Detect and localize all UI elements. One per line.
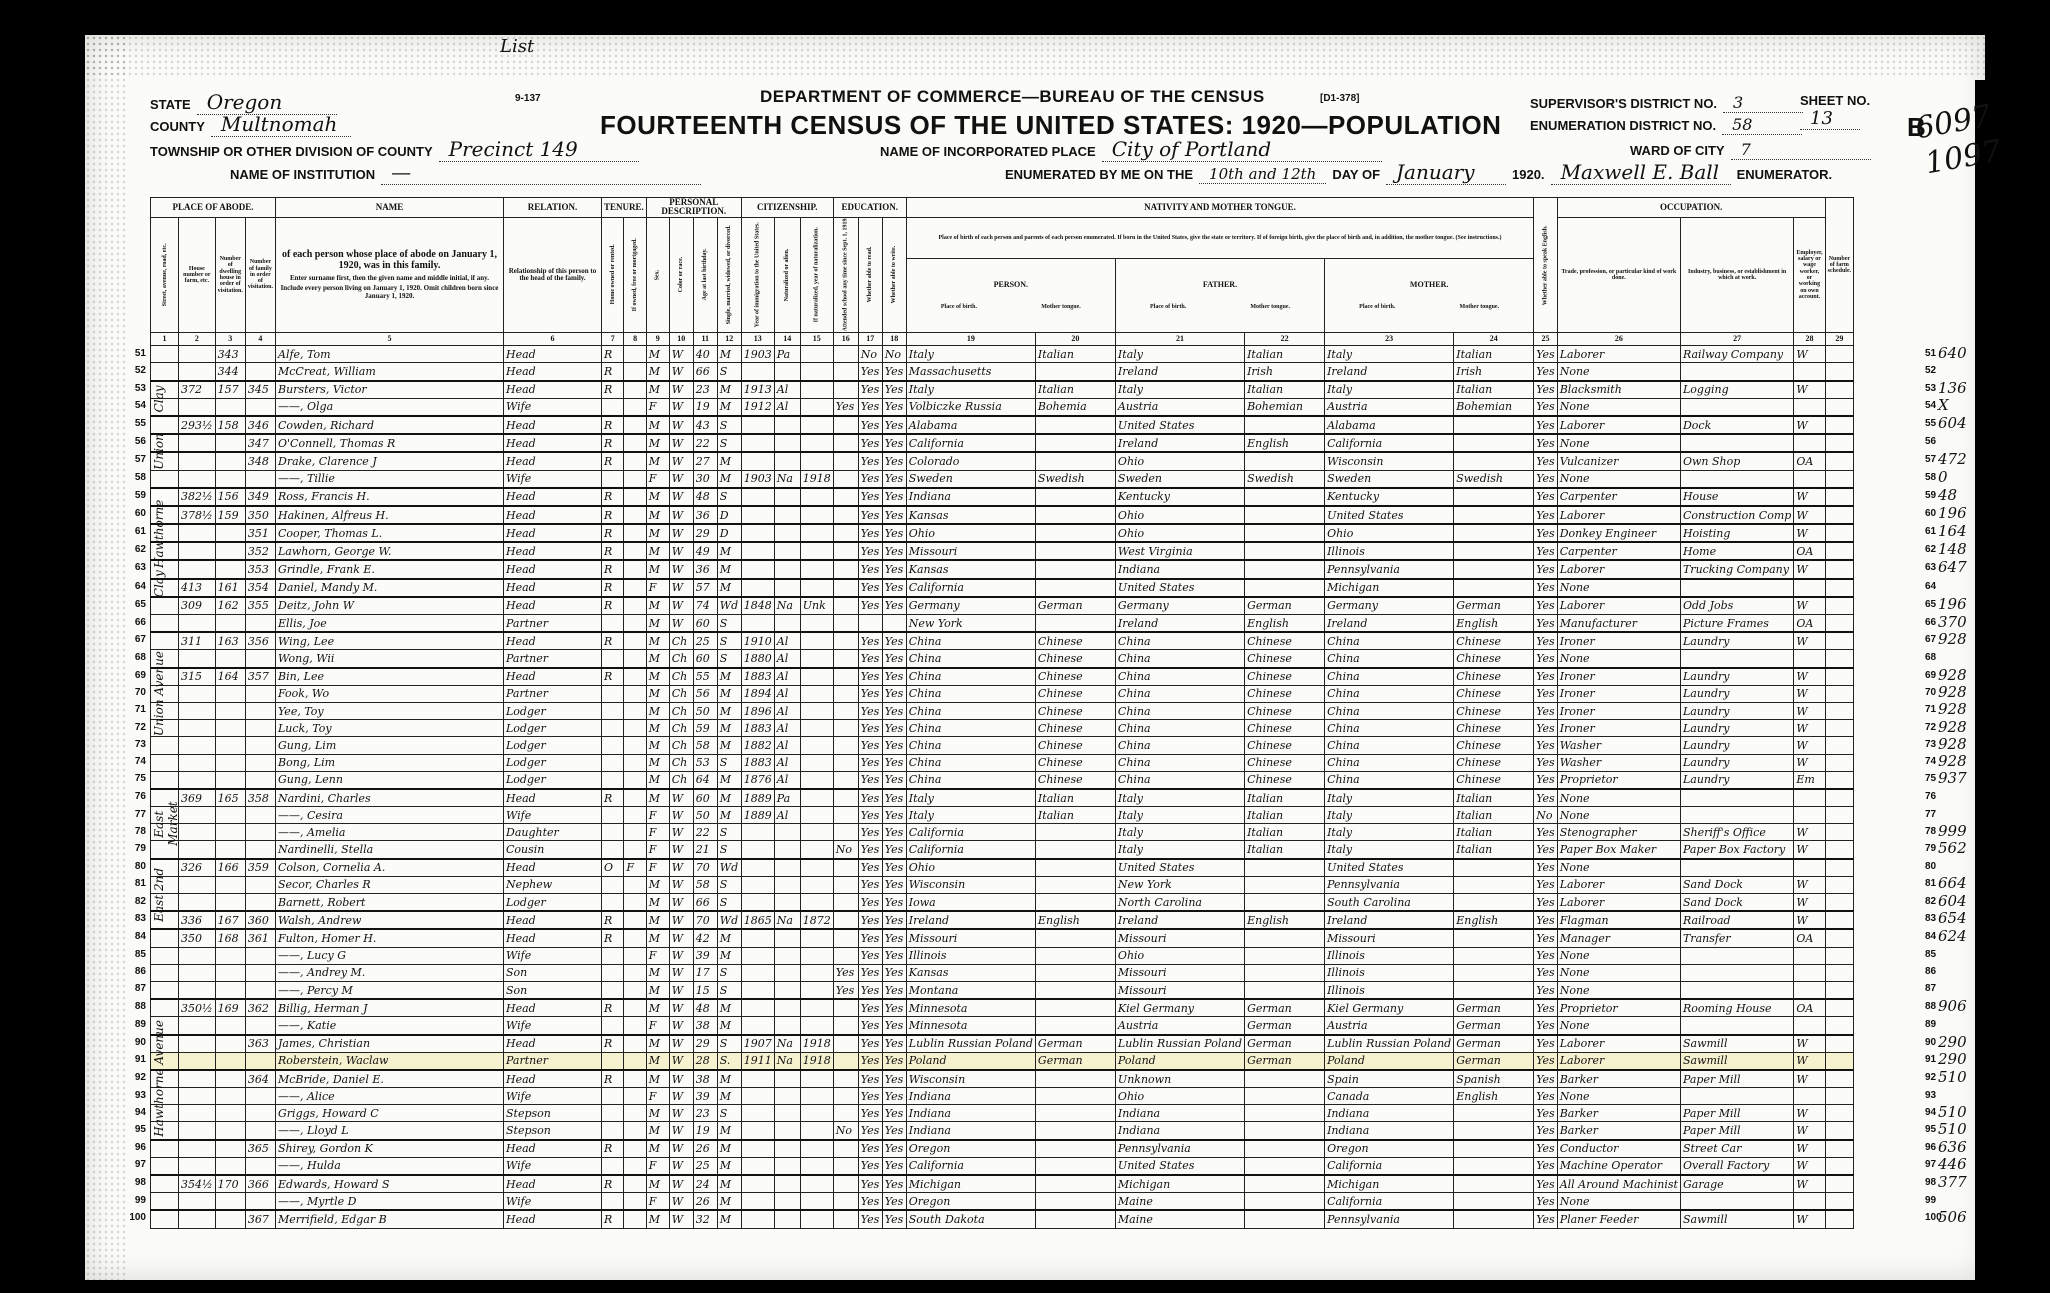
form-number: 9-137 (515, 93, 541, 104)
cell-eng: Yes (1534, 754, 1557, 771)
cell-family (245, 650, 275, 668)
cell-natyr (800, 964, 833, 981)
cell-relation: Head (504, 668, 602, 686)
cell-family: 350 (245, 506, 275, 524)
cell-relation: Nephew (504, 876, 602, 893)
line-number: 89 (118, 1019, 146, 1030)
cell-mt: Bohemia (1035, 398, 1115, 416)
cell-emp: W (1794, 894, 1825, 912)
cell-read: Yes (858, 1088, 882, 1105)
cell-school (833, 560, 858, 578)
cell-relation: Head (504, 542, 602, 560)
cell-farm (1825, 416, 1854, 434)
cell-age: 60 (693, 650, 717, 668)
cell-name: Deitz, John W (276, 597, 504, 615)
header-name-instr-1: Enter surname first, then the given name… (278, 275, 501, 282)
cell-eng: Yes (1534, 964, 1557, 981)
line-number: 66 (118, 617, 146, 628)
enumerated-days: 10th and 12th (1199, 165, 1326, 184)
cell-own: R (602, 524, 624, 542)
cell-house (179, 807, 216, 824)
cell-mortg (624, 346, 646, 363)
cell-natyr (800, 702, 833, 719)
cell-immig (741, 947, 774, 964)
cell-dwelling (215, 470, 245, 488)
cell-read: Yes (858, 771, 882, 789)
occupation-code: 446 (1938, 1155, 1967, 1173)
cell-read: Yes (858, 947, 882, 964)
cell-read: Yes (858, 1052, 882, 1070)
cell-pob: China (906, 685, 1035, 702)
cell-age: 48 (693, 488, 717, 506)
cell-name: Wong, Wii (276, 650, 504, 668)
cell-own: R (602, 929, 624, 947)
occupation-code: 0 (1938, 468, 1948, 486)
cell-pob: Kansas (906, 506, 1035, 524)
cell-mt (1035, 1122, 1115, 1140)
cell-mt: Chinese (1035, 754, 1115, 771)
cell-marital: M (717, 579, 741, 597)
cell-occ: None (1557, 807, 1680, 824)
cell-mpob: Italy (1325, 841, 1454, 859)
cell-marital: S (717, 841, 741, 859)
cell-read: Yes (858, 597, 882, 615)
cell-nat (774, 542, 800, 560)
cell-pob: Kansas (906, 560, 1035, 578)
cell-nat (774, 434, 800, 452)
table-row: 363James, ChristianHeadRMW29S1907Na1918Y… (151, 1035, 1854, 1053)
occupation-code: 136 (1938, 379, 1967, 397)
cell-farm (1825, 452, 1854, 470)
header-age: Age at last birthday. (693, 217, 717, 332)
cell-name: Wing, Lee (276, 632, 504, 650)
cell-own (602, 1157, 624, 1175)
cell-ind (1680, 470, 1793, 488)
cell-farm (1825, 1035, 1854, 1053)
cell-ind (1680, 947, 1793, 964)
cell-farm (1825, 1157, 1854, 1175)
person-pob-label: Place of birth. (941, 304, 977, 310)
cell-sex: M (646, 1140, 669, 1158)
cell-mmt: Irish (1454, 363, 1534, 381)
cell-fmt (1245, 1193, 1325, 1211)
cell-name: Bong, Lim (276, 754, 504, 771)
cell-mt (1035, 488, 1115, 506)
line-number: 69 (118, 670, 146, 681)
enumerator-name: Maxwell E. Ball (1551, 160, 1731, 185)
cell-name: Roberstein, Waclaw (276, 1052, 504, 1070)
cell-mmt (1454, 876, 1534, 893)
cell-write: Yes (882, 524, 906, 542)
table-row: 343Alfe, TomHeadRMW40M1903PaNoNoItalyIta… (151, 346, 1854, 363)
cell-immig (741, 560, 774, 578)
street-label: East 2nd (152, 859, 178, 930)
cell-mortg (624, 506, 646, 524)
cell-pob: China (906, 668, 1035, 686)
cell-pob: Indiana (906, 488, 1035, 506)
cell-relation: Partner (504, 685, 602, 702)
cell-eng: Yes (1534, 434, 1557, 452)
cell-mortg (624, 363, 646, 381)
cell-marital: M (717, 999, 741, 1017)
incorporated-place-label: NAME OF INCORPORATED PLACE (880, 144, 1096, 159)
cell-eng: Yes (1534, 615, 1557, 633)
cell-read: Yes (858, 876, 882, 893)
group-person: PERSON. Place of birth. Mother tongue. (906, 259, 1115, 333)
cell-own: R (602, 1070, 624, 1088)
cell-immig (741, 416, 774, 434)
cell-ind: Trucking Company (1680, 560, 1793, 578)
table-row: ——, KatieWifeFW38MYesYesMinnesotaAustria… (151, 1017, 1854, 1035)
right-line-number: 52 (1925, 365, 1936, 376)
cell-immig (741, 929, 774, 947)
column-number: 7 (602, 333, 624, 346)
cell-pob: Iowa (906, 894, 1035, 912)
cell-read: Yes (858, 929, 882, 947)
group-tenure: TENURE. (602, 198, 647, 218)
cell-ind: Laundry (1680, 702, 1793, 719)
ward-value: 7 (1731, 140, 1871, 160)
cell-mmt (1454, 859, 1534, 877)
cell-mmt (1454, 1210, 1534, 1228)
right-line-number: 94 (1925, 1107, 1936, 1118)
line-number: 74 (118, 756, 146, 767)
cell-relation: Head (504, 381, 602, 399)
cell-school (833, 929, 858, 947)
cell-immig (741, 824, 774, 841)
right-line-number: 69 (1925, 670, 1936, 681)
cell-sex: M (646, 650, 669, 668)
cell-family (245, 947, 275, 964)
cell-eng: Yes (1534, 542, 1557, 560)
column-number: 24 (1454, 333, 1534, 346)
cell-fmt: German (1245, 1017, 1325, 1035)
cell-mmt: German (1454, 597, 1534, 615)
line-number: 67 (118, 634, 146, 645)
cell-family: 358 (245, 789, 275, 807)
column-number: 26 (1557, 333, 1680, 346)
cell-own (602, 1193, 624, 1211)
cell-name: ——, Lucy G (276, 947, 504, 964)
cell-read: Yes (858, 524, 882, 542)
cell-nat: Al (774, 737, 800, 754)
cell-eng: Yes (1534, 524, 1557, 542)
mother-mt-label: Mother tongue. (1460, 304, 1500, 310)
cell-name: McCreat, William (276, 363, 504, 381)
cell-nat: Al (774, 807, 800, 824)
cell-natyr (800, 1070, 833, 1088)
cell-name: McBride, Daniel E. (276, 1070, 504, 1088)
cell-sex: M (646, 720, 669, 737)
cell-dwelling: 161 (215, 579, 245, 597)
cell-race: Ch (669, 685, 693, 702)
cell-pob: Wisconsin (906, 876, 1035, 893)
cell-farm (1825, 398, 1854, 416)
enumerator-label: ENUMERATOR. (1737, 167, 1833, 182)
cell-immig: 1889 (741, 789, 774, 807)
cell-fpob: Kentucky (1115, 488, 1244, 506)
cell-nat (774, 1140, 800, 1158)
occupation-code: 928 (1938, 630, 1967, 648)
column-number: 18 (882, 333, 906, 346)
right-line-number: 98 (1925, 1177, 1936, 1188)
cell-occ: Vulcanizer (1557, 452, 1680, 470)
cell-natyr (800, 1105, 833, 1122)
cell-fmt (1245, 1070, 1325, 1088)
cell-relation: Stepson (504, 1122, 602, 1140)
cell-house: 293½ (179, 416, 216, 434)
cell-marital: M (717, 737, 741, 754)
cell-nat (774, 416, 800, 434)
cell-school: No (833, 841, 858, 859)
cell-farm (1825, 947, 1854, 964)
cell-relation: Partner (504, 615, 602, 633)
right-line-number: 86 (1925, 966, 1936, 977)
cell-eng: Yes (1534, 632, 1557, 650)
cell-nat: Al (774, 668, 800, 686)
cell-fmt (1245, 947, 1325, 964)
cell-immig: 1907 (741, 1035, 774, 1053)
cell-sex: M (646, 542, 669, 560)
cell-name: Grindle, Frank E. (276, 560, 504, 578)
cell-mpob: Italy (1325, 789, 1454, 807)
cell-school (833, 685, 858, 702)
header-relationship: Relationship of this person to the head … (504, 217, 602, 332)
cell-sex: F (646, 859, 669, 877)
cell-ind: House (1680, 488, 1793, 506)
occupation-code: 196 (1938, 504, 1967, 522)
cell-race: W (669, 876, 693, 893)
cell-nat (774, 981, 800, 999)
cell-fpob: Ireland (1115, 434, 1244, 452)
cell-write: Yes (882, 771, 906, 789)
cell-age: 24 (693, 1175, 717, 1193)
cell-nat (774, 488, 800, 506)
line-number: 90 (118, 1037, 146, 1048)
cell-own (602, 894, 624, 912)
cell-house: 315 (179, 668, 216, 686)
cell-mt: German (1035, 1035, 1115, 1053)
cell-write: Yes (882, 650, 906, 668)
cell-age: 26 (693, 1193, 717, 1211)
cell-mt: Chinese (1035, 632, 1115, 650)
column-number: 16 (833, 333, 858, 346)
cell-eng: Yes (1534, 947, 1557, 964)
table-row: Wong, WiiPartnerMCh60S1880AlYesYesChinaC… (151, 650, 1854, 668)
cell-immig: 1896 (741, 702, 774, 719)
table-row: 315164357Bin, LeeHeadRMCh55M1883AlYesYes… (151, 668, 1854, 686)
cell-relation: Head (504, 1070, 602, 1088)
right-line-number: 79 (1925, 843, 1936, 854)
cell-write: Yes (882, 1140, 906, 1158)
cell-farm (1825, 560, 1854, 578)
cell-own: R (602, 579, 624, 597)
cell-school (833, 506, 858, 524)
cell-write: Yes (882, 452, 906, 470)
cell-fpob: Ireland (1115, 615, 1244, 633)
column-number: 1 (151, 333, 179, 346)
cell-fmt (1245, 416, 1325, 434)
cell-farm (1825, 754, 1854, 771)
cell-immig (741, 452, 774, 470)
cell-age: 43 (693, 416, 717, 434)
cell-occ: Laborer (1557, 346, 1680, 363)
column-number: 14 (774, 333, 800, 346)
cell-marital: M (717, 1157, 741, 1175)
line-number: 51 (118, 348, 146, 359)
cell-nat (774, 579, 800, 597)
cell-farm (1825, 650, 1854, 668)
cell-occ: Laborer (1557, 876, 1680, 893)
cell-relation: Lodger (504, 737, 602, 754)
cell-write: No (882, 346, 906, 363)
right-line-number: 75 (1925, 773, 1936, 784)
cell-eng: Yes (1534, 981, 1557, 999)
cell-school (833, 1210, 858, 1228)
cell-relation: Head (504, 789, 602, 807)
cell-farm (1825, 615, 1854, 633)
cell-age: 32 (693, 1210, 717, 1228)
cell-relation: Stepson (504, 1105, 602, 1122)
county-value: Multnomah (211, 112, 351, 137)
cell-name: Colson, Cornelia A. (276, 859, 504, 877)
cell-sex: M (646, 1210, 669, 1228)
county-label: COUNTY (150, 119, 205, 134)
cell-eng: Yes (1534, 929, 1557, 947)
cell-sex: F (646, 579, 669, 597)
cell-race: W (669, 434, 693, 452)
cell-family: 346 (245, 416, 275, 434)
cell-immig: 1912 (741, 398, 774, 416)
right-line-number: 81 (1925, 878, 1936, 889)
cell-marital: M (717, 452, 741, 470)
cell-race: W (669, 416, 693, 434)
line-number: 63 (118, 562, 146, 573)
cell-mt: Chinese (1035, 668, 1115, 686)
cell-emp (1794, 363, 1825, 381)
right-line-number: 74 (1925, 756, 1936, 767)
cell-natyr (800, 1088, 833, 1105)
cell-immig (741, 363, 774, 381)
cell-farm (1825, 771, 1854, 789)
cell-race: W (669, 789, 693, 807)
cell-write: Yes (882, 807, 906, 824)
cell-immig (741, 999, 774, 1017)
cell-mt (1035, 524, 1115, 542)
cell-immig (741, 1157, 774, 1175)
cell-race: W (669, 579, 693, 597)
cell-write: Yes (882, 702, 906, 719)
cell-write: Yes (882, 668, 906, 686)
cell-natyr (800, 720, 833, 737)
cell-fmt: Chinese (1245, 685, 1325, 702)
cell-pob: Illinois (906, 947, 1035, 964)
line-number: 94 (118, 1107, 146, 1118)
cell-family (245, 1105, 275, 1122)
cell-dwelling (215, 771, 245, 789)
cell-sex: F (646, 824, 669, 841)
cell-nat (774, 524, 800, 542)
cell-fpob: United States (1115, 416, 1244, 434)
cell-fpob: West Virginia (1115, 542, 1244, 560)
cell-own: R (602, 1175, 624, 1193)
cell-ind (1680, 1088, 1793, 1105)
cell-farm (1825, 999, 1854, 1017)
cell-relation: Wife (504, 398, 602, 416)
cell-farm (1825, 1210, 1854, 1228)
cell-race: W (669, 911, 693, 929)
sheet-number-field: SHEET NO. 13 (1800, 93, 1870, 130)
cell-nat: Al (774, 650, 800, 668)
cell-house: 378½ (179, 506, 216, 524)
cell-age: 19 (693, 398, 717, 416)
cell-write: Yes (882, 929, 906, 947)
table-row: 382½156349Ross, Francis H.HeadRMW48SYesY… (151, 488, 1854, 506)
cell-mmt: English (1454, 911, 1534, 929)
cell-fmt: German (1245, 1052, 1325, 1070)
cell-farm (1825, 488, 1854, 506)
cell-natyr (800, 452, 833, 470)
ward-field: WARD OF CITY 7 (1630, 140, 1871, 160)
cell-pob: Oregon (906, 1193, 1035, 1211)
cell-read: Yes (858, 720, 882, 737)
cell-pob: Germany (906, 597, 1035, 615)
cell-farm (1825, 1122, 1854, 1140)
cell-occ: Manufacturer (1557, 615, 1680, 633)
cell-house (179, 876, 216, 893)
cell-dwelling (215, 754, 245, 771)
cell-sex: F (646, 1088, 669, 1105)
right-line-number: 76 (1925, 791, 1936, 802)
cell-emp (1794, 470, 1825, 488)
cell-occ: Laborer (1557, 1052, 1680, 1070)
cell-read: Yes (858, 841, 882, 859)
cell-pob: Italy (906, 346, 1035, 363)
cell-mt: Italian (1035, 789, 1115, 807)
cell-sex: M (646, 876, 669, 893)
cell-farm (1825, 434, 1854, 452)
supervisor-district-field: SUPERVISOR'S DISTRICT NO. 3 (1530, 93, 1803, 113)
cell-house: 309 (179, 597, 216, 615)
header-name-main: of each person whose place of abode on J… (278, 250, 501, 271)
cell-ind (1680, 789, 1793, 807)
cell-mortg (624, 488, 646, 506)
column-number: 25 (1534, 333, 1557, 346)
cell-fmt (1245, 964, 1325, 981)
column-number: 17 (858, 333, 882, 346)
header-naturalized: Naturalized or alien. (774, 217, 800, 332)
cell-sex: M (646, 346, 669, 363)
cell-house (179, 894, 216, 912)
cell-mt: Italian (1035, 807, 1115, 824)
occupation-code: 506 (1938, 1208, 1967, 1226)
line-number: 88 (118, 1001, 146, 1012)
cell-marital: S (717, 632, 741, 650)
cell-read: Yes (858, 911, 882, 929)
cell-mortg (624, 841, 646, 859)
occupation-code: 164 (1938, 522, 1967, 540)
cell-natyr (800, 1140, 833, 1158)
occupation-code: 148 (1938, 540, 1967, 558)
header-nat-year: If naturalized, year of naturalization. (800, 217, 833, 332)
cell-occ: None (1557, 363, 1680, 381)
cell-nat (774, 1017, 800, 1035)
cell-house (179, 560, 216, 578)
cell-mortg (624, 981, 646, 999)
right-line-number: 78 (1925, 826, 1936, 837)
cell-sex: M (646, 1105, 669, 1122)
cell-family (245, 346, 275, 363)
